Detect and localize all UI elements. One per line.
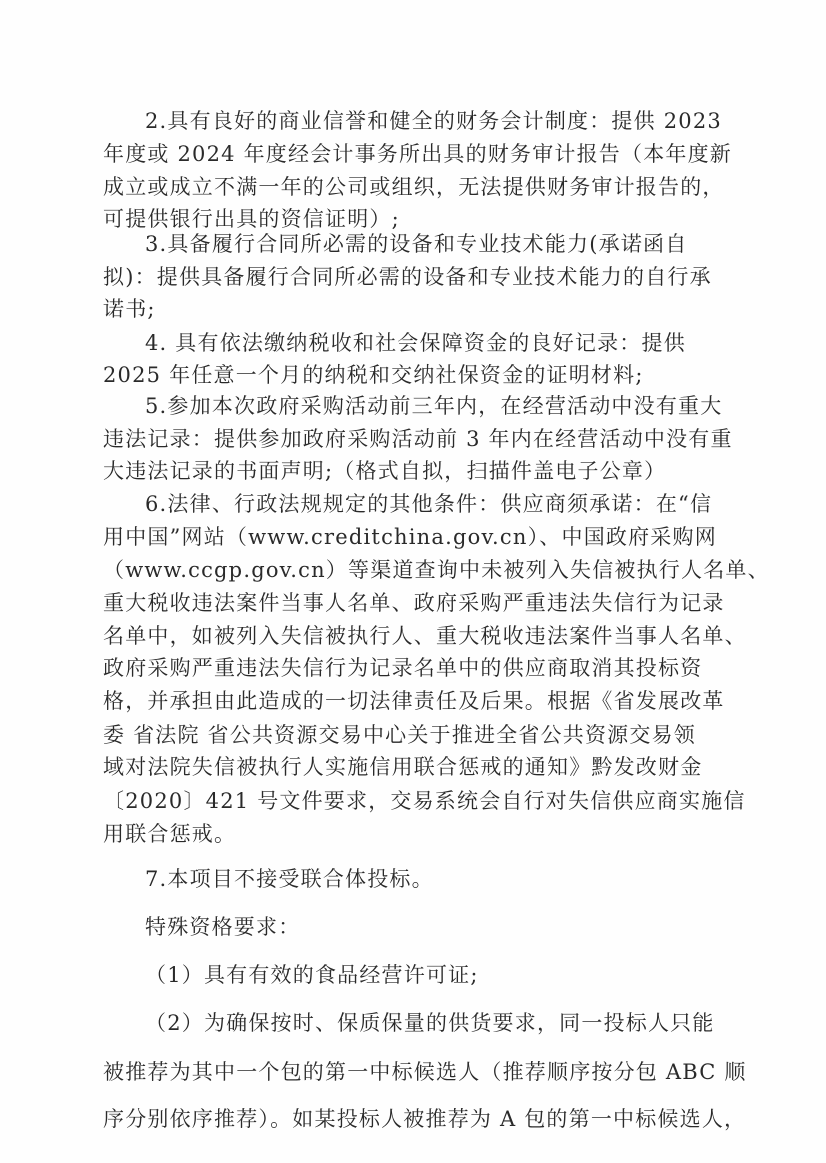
item-6-line-2: 用中国”网站（www.creditchina.gov.cn）、中国政府采购网 — [103, 524, 743, 550]
item-6-line-11: 用联合惩戒。 — [103, 821, 743, 847]
item-6-line-4: 重大税收违法案件当事人名单、政府采购严重违法失信行为记录 — [103, 590, 743, 616]
item-2-line-3: 成立或成立不满一年的公司或组织，无法提供财务审计报告的， — [103, 174, 743, 200]
item-3-line-3: 诺书; — [103, 296, 743, 322]
item-2-line-2: 年度或 2024 年度经会计事务所出具的财务审计报告（本年度新 — [103, 141, 743, 167]
item-6-line-10: 〔2020〕421 号文件要求，交易系统会自行对失信供应商实施信 — [103, 788, 743, 814]
item-2-line-1: 2.具有良好的商业信誉和健全的财务会计制度：提供 2023 — [145, 108, 785, 134]
item-6-line-8: 委 省法院 省公共资源交易中心关于推进全省公共资源交易领 — [103, 722, 743, 748]
item-6-line-3: （www.ccgp.gov.cn）等渠道查询中未被列入失信被执行人名单、 — [103, 557, 743, 583]
special-2-line-1: （2）为确保按时、保质保量的供货要求，同一投标人只能 — [145, 1010, 785, 1036]
item-6-line-7: 格，并承担由此造成的一切法律责任及后果。根据《省发展改革 — [103, 688, 743, 714]
item-3-line-2: 拟)：提供具备履行合同所必需的设备和专业技术能力的自行承 — [103, 264, 743, 290]
item-6-line-1: 6.法律、行政法规规定的其他条件：供应商须承诺：在“信 — [145, 491, 785, 517]
item-5-line-1: 5.参加本次政府采购活动前三年内，在经营活动中没有重大 — [145, 393, 785, 419]
item-5-line-2: 违法记录：提供参加政府采购活动前 3 年内在经营活动中没有重 — [103, 426, 743, 452]
item-6-line-6: 政府采购严重违法失信行为记录名单中的供应商取消其投标资 — [103, 655, 743, 681]
item-7-line-1: 7.本项目不接受联合体投标。 — [145, 866, 785, 892]
special-1-line-1: （1）具有有效的食品经营许可证; — [145, 962, 785, 988]
item-4-line-2: 2025 年任意一个月的纳税和交纳社保资金的证明材料; — [103, 362, 743, 388]
item-6-line-5: 名单中，如被列入失信被执行人、重大税收违法案件当事人名单、 — [103, 623, 743, 649]
special-requirements-heading: 特殊资格要求： — [145, 914, 785, 940]
item-5-line-3: 大违法记录的书面声明;（格式自拟，扫描件盖电子公章） — [103, 458, 743, 484]
item-3-line-1: 3.具备履行合同所必需的设备和专业技术能力(承诺函自 — [145, 231, 785, 257]
item-4-line-1: 4. 具有依法缴纳税收和社会保障资金的良好记录：提供 — [145, 330, 785, 356]
document-page: 2.具有良好的商业信誉和健全的财务会计制度：提供 2023 年度或 2024 年… — [0, 0, 826, 1163]
item-2-line-4: 可提供银行出具的资信证明）; — [103, 206, 743, 232]
special-2-line-3: 序分别依序推荐）。如某投标人被推荐为 A 包的第一中标候选人， — [103, 1106, 743, 1132]
special-2-line-2: 被推荐为其中一个包的第一中标候选人（推荐顺序按分包 ABC 顺 — [103, 1059, 743, 1085]
item-6-line-9: 域对法院失信被执行人实施信用联合惩戒的通知》黔发改财金 — [103, 754, 743, 780]
